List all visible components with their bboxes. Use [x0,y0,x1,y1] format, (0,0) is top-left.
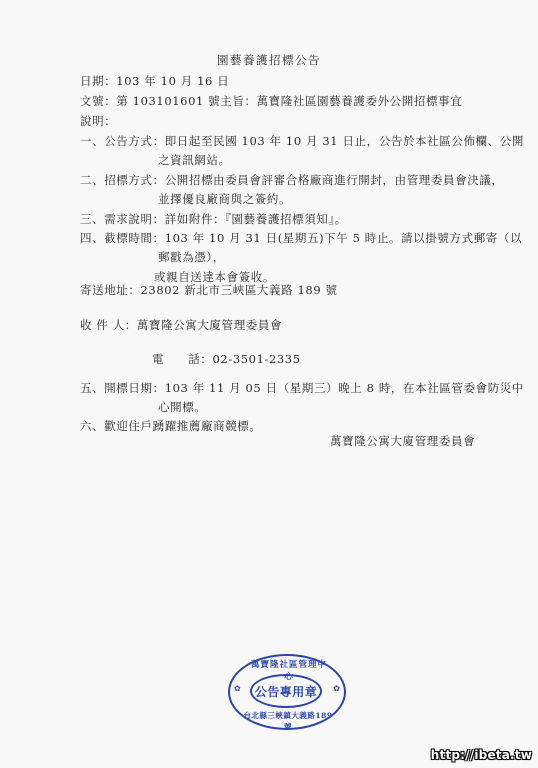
item-2-line-1: 二、招標方式：公開招標由委員會評審合格廠商進行開封，由管理委員會決議， [80,173,504,187]
phone-line: 電 話：02-3501-2335 [152,352,301,366]
official-seal-stamp: 萬寶隆社區管理中心 ✿ 公告專用章 ✿ 台北縣三峽鎮大義路189號 [228,654,346,730]
document-page: 園藝養護招標公告 日期：103 年 10 月 16 日 文號：第 1031016… [0,0,538,768]
item-3-line-1: 三、需求說明：詳如附件：『園藝養護招標須知』。 [80,212,347,226]
stamp-center: 公告專用章 [250,674,322,708]
date-line: 日期：103 年 10 月 16 日 [80,74,229,88]
item-4-line-2: 郵戳為憑）， [158,250,225,264]
item-1-line-1: 一、公告方式：即日起至民國 103 年 10 月 31 日止，公告於本社區公佈欄… [80,134,524,148]
stamp-bottom-text: 台北縣三峽鎮大義路189號 [240,710,336,732]
item-2-line-2: 並擇優良廠商與之簽約。 [158,192,291,206]
item-1-line-2: 之資訊網站。 [158,153,231,167]
explanation-label: 說明： [80,114,116,128]
item-5-line-2: 心開標。 [158,400,206,414]
recipient-line: 收 件 人：萬寶隆公寓大廈管理委員會 [80,318,282,332]
reference-line: 文號：第 103101601 號主旨：萬寶隆社區園藝養護委外公開招標事宜 [80,94,462,108]
stamp-flower-icon: ✿ [333,684,340,693]
item-6-line-1: 六、歡迎住戶踴躍推薦廠商競標。 [80,419,262,433]
watermark: http://ibeta.tw [431,748,532,762]
signature: 萬寶隆公寓大廈管理委員會 [330,434,475,448]
document-title: 園藝養護招標公告 [0,52,538,68]
item-5-line-1: 五、開標日期：103 年 11 月 05 日（星期三）晚上 8 時，在本社區管委… [80,381,524,395]
address-line: 寄送地址：23802 新北市三峽區大義路 189 號 [80,283,338,297]
item-4-line-1: 四、截標時間：103 年 10 月 31 日(星期五)下午 5 時止。請以掛號方… [80,231,522,245]
stamp-flower-icon: ✿ [234,684,241,693]
item-4-line-3: 或親自送達本會簽收。 [154,270,275,284]
stamp-center-text: 公告專用章 [255,683,318,700]
